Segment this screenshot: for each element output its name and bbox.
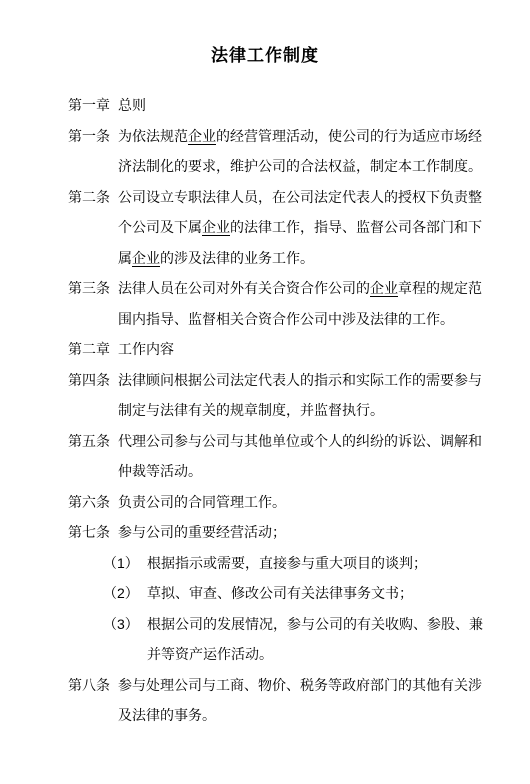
text-line: 参与处理公司与工商、物价、税务等政府部门的其他有关涉 xyxy=(118,670,530,701)
item-label: （1） xyxy=(103,548,147,579)
text-segment: 的经营管理活动，使公司的行为适应市场经 xyxy=(216,128,482,144)
text-line: 参与公司的重要经营活动； xyxy=(118,517,530,548)
text-segment: 公司设立专职法律人员，在公司法定代表人的授权下负责整 xyxy=(118,189,482,205)
text-segment: 负责公司的合同管理工作。 xyxy=(118,494,286,510)
article-text: 公司设立专职法律人员，在公司法定代表人的授权下负责整 个公司及下属企业的法律工作… xyxy=(118,182,530,274)
text-line: 根据公司的发展情况，参与公司的有关收购、参股、兼 xyxy=(147,609,530,640)
text-line: 济法制化的要求，维护公司的合法权益，制定本工作制度。 xyxy=(118,151,530,182)
text-segment: 个公司及下属 xyxy=(118,219,202,235)
underlined-text: 企业 xyxy=(188,128,216,144)
document-page: 法律工作制度 第一章 总则 第一条 为依法规范企业的经营管理活动，使公司的行为适… xyxy=(0,0,530,784)
text-line: 围内指导、监督相关合资合作公司中涉及法律的工作。 xyxy=(118,304,530,335)
article-label: 第七条 xyxy=(68,517,118,548)
chapter-label: 第二章 xyxy=(68,334,118,365)
text-line: 仲裁等活动。 xyxy=(118,456,530,487)
article-text: 为依法规范企业的经营管理活动，使公司的行为适应市场经 济法制化的要求，维护公司的… xyxy=(118,121,530,182)
text-segment: 参与公司的重要经营活动； xyxy=(118,524,286,540)
article-row: 第五条 代理公司参与公司与其他单位或个人的纠纷的诉讼、调解和 仲裁等活动。 xyxy=(68,426,530,487)
item-text: 根据公司的发展情况，参与公司的有关收购、参股、兼 并等资产运作活动。 xyxy=(147,609,530,670)
text-segment: 属 xyxy=(118,250,132,266)
item-text: 根据指示或需要，直接参与重大项目的谈判； xyxy=(147,548,530,579)
text-line: 负责公司的合同管理工作。 xyxy=(118,487,530,518)
text-line: 制定与法律有关的规章制度，并监督执行。 xyxy=(118,395,530,426)
article-row: 第二条 公司设立专职法律人员，在公司法定代表人的授权下负责整 个公司及下属企业的… xyxy=(68,182,530,274)
article-label: 第五条 xyxy=(68,426,118,487)
sub-item-row: （3） 根据公司的发展情况，参与公司的有关收购、参股、兼 并等资产运作活动。 xyxy=(103,609,530,670)
chapter-heading-row: 第一章 总则 xyxy=(68,90,530,121)
article-text: 法律顾问根据公司法定代表人的指示和实际工作的需要参与 制定与法律有关的规章制度，… xyxy=(118,365,530,426)
text-line: 根据指示或需要，直接参与重大项目的谈判； xyxy=(147,548,530,579)
text-line: 公司设立专职法律人员，在公司法定代表人的授权下负责整 xyxy=(118,182,530,213)
document-body: 第一章 总则 第一条 为依法规范企业的经营管理活动，使公司的行为适应市场经 济法… xyxy=(0,90,530,731)
article-label: 第六条 xyxy=(68,487,118,518)
text-line: 工作内容 xyxy=(118,334,530,365)
text-segment: 仲裁等活动。 xyxy=(118,463,202,479)
article-row: 第四条 法律顾问根据公司法定代表人的指示和实际工作的需要参与 制定与法律有关的规… xyxy=(68,365,530,426)
article-text: 代理公司参与公司与其他单位或个人的纠纷的诉讼、调解和 仲裁等活动。 xyxy=(118,426,530,487)
text-segment: 的涉及法律的业务工作。 xyxy=(160,250,314,266)
text-line: 为依法规范企业的经营管理活动，使公司的行为适应市场经 xyxy=(118,121,530,152)
text-segment: 代理公司参与公司与其他单位或个人的纠纷的诉讼、调解和 xyxy=(118,433,482,449)
underlined-text: 企业 xyxy=(370,280,398,296)
document-title: 法律工作制度 xyxy=(0,0,530,67)
text-segment: 根据公司的发展情况，参与公司的有关收购、参股、兼 xyxy=(147,616,483,632)
text-segment: 法律顾问根据公司法定代表人的指示和实际工作的需要参与 xyxy=(118,372,482,388)
text-segment: 草拟、审查、修改公司有关法律事务文书； xyxy=(147,585,413,601)
text-segment: 制定与法律有关的规章制度，并监督执行。 xyxy=(118,402,384,418)
underlined-text: 企业 xyxy=(132,250,160,266)
item-label: （2） xyxy=(103,578,147,609)
text-segment: 为依法规范 xyxy=(118,128,188,144)
article-row: 第一条 为依法规范企业的经营管理活动，使公司的行为适应市场经 济法制化的要求，维… xyxy=(68,121,530,182)
article-text: 参与公司的重要经营活动； xyxy=(118,517,530,548)
article-label: 第一条 xyxy=(68,121,118,182)
chapter-heading-row: 第二章 工作内容 xyxy=(68,334,530,365)
text-line: 个公司及下属企业的法律工作，指导、监督公司各部门和下 xyxy=(118,212,530,243)
chapter-text: 工作内容 xyxy=(118,334,530,365)
text-segment: 并等资产运作活动。 xyxy=(147,646,273,662)
underlined-text: 企业 xyxy=(202,219,230,235)
text-segment: 法律人员在公司对外有关合资合作公司的 xyxy=(118,280,370,296)
text-line: 草拟、审查、修改公司有关法律事务文书； xyxy=(147,578,530,609)
text-segment: 及法律的事务。 xyxy=(118,707,216,723)
text-line: 代理公司参与公司与其他单位或个人的纠纷的诉讼、调解和 xyxy=(118,426,530,457)
item-label: （3） xyxy=(103,609,147,670)
chapter-text: 总则 xyxy=(118,90,530,121)
item-text: 草拟、审查、修改公司有关法律事务文书； xyxy=(147,578,530,609)
sub-item-row: （1） 根据指示或需要，直接参与重大项目的谈判； xyxy=(103,548,530,579)
text-line: 并等资产运作活动。 xyxy=(147,639,530,670)
text-segment: 总则 xyxy=(118,97,146,113)
text-segment: 章程的规定范 xyxy=(398,280,482,296)
article-row: 第六条 负责公司的合同管理工作。 xyxy=(68,487,530,518)
article-label: 第四条 xyxy=(68,365,118,426)
article-row: 第七条 参与公司的重要经营活动； xyxy=(68,517,530,548)
sub-item-row: （2） 草拟、审查、修改公司有关法律事务文书； xyxy=(103,578,530,609)
text-segment: 根据指示或需要，直接参与重大项目的谈判； xyxy=(147,555,427,571)
article-row: 第八条 参与处理公司与工商、物价、税务等政府部门的其他有关涉 及法律的事务。 xyxy=(68,670,530,731)
text-line: 法律人员在公司对外有关合资合作公司的企业章程的规定范 xyxy=(118,273,530,304)
text-line: 总则 xyxy=(118,90,530,121)
text-segment: 围内指导、监督相关合资合作公司中涉及法律的工作。 xyxy=(118,311,454,327)
article-label: 第八条 xyxy=(68,670,118,731)
article-row: 第三条 法律人员在公司对外有关合资合作公司的企业章程的规定范 围内指导、监督相关… xyxy=(68,273,530,334)
chapter-label: 第一章 xyxy=(68,90,118,121)
article-text: 参与处理公司与工商、物价、税务等政府部门的其他有关涉 及法律的事务。 xyxy=(118,670,530,731)
text-segment: 的法律工作，指导、监督公司各部门和下 xyxy=(230,219,482,235)
text-line: 法律顾问根据公司法定代表人的指示和实际工作的需要参与 xyxy=(118,365,530,396)
article-label: 第三条 xyxy=(68,273,118,334)
text-segment: 工作内容 xyxy=(118,341,174,357)
article-text: 法律人员在公司对外有关合资合作公司的企业章程的规定范 围内指导、监督相关合资合作… xyxy=(118,273,530,334)
article-text: 负责公司的合同管理工作。 xyxy=(118,487,530,518)
article-label: 第二条 xyxy=(68,182,118,274)
text-segment: 参与处理公司与工商、物价、税务等政府部门的其他有关涉 xyxy=(118,677,482,693)
text-segment: 济法制化的要求，维护公司的合法权益，制定本工作制度。 xyxy=(118,158,482,174)
text-line: 属企业的涉及法律的业务工作。 xyxy=(118,243,530,274)
text-line: 及法律的事务。 xyxy=(118,700,530,731)
